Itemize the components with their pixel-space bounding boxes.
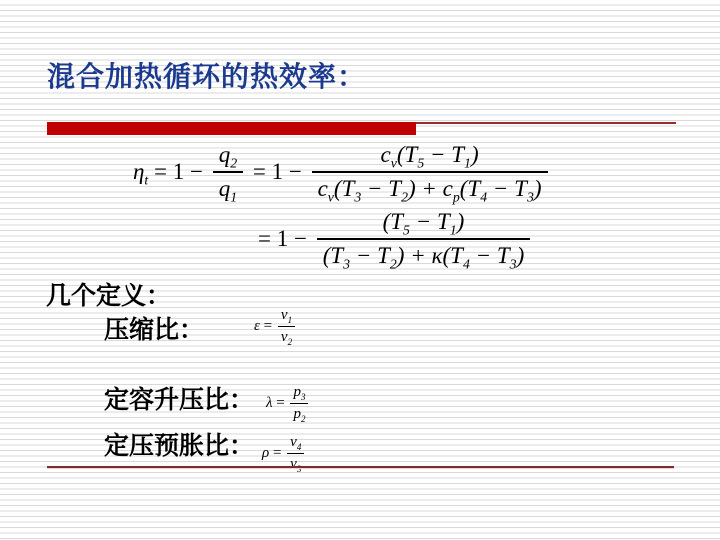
- equals-op: =: [273, 395, 289, 412]
- equals-op: =: [269, 445, 285, 462]
- efficiency-formula-line2: = 1 − (T5 − T1) (T3 − T2) + κ(T4 − T3): [258, 202, 534, 276]
- fraction-denominator: v2: [278, 326, 295, 346]
- rho-symbol: ρ: [262, 445, 269, 462]
- fraction-numerator: p3: [290, 384, 308, 403]
- presentation-slide: 混合加热循环的热效率： ηt = 1 − q2 q1 = 1 − cv(T5 −…: [0, 0, 720, 540]
- fraction-numerator: v1: [278, 307, 295, 326]
- fraction-denominator: v3: [287, 453, 304, 473]
- fraction-numerator: v4: [287, 434, 304, 453]
- fraction-denominator: p2: [290, 403, 308, 423]
- pressure-rise-ratio-label: 定容升压比：: [104, 380, 254, 416]
- fraction-numerator: (T5 − T1): [377, 209, 471, 238]
- definitions-heading: 几个定义：: [46, 276, 171, 312]
- equals-op: =: [260, 318, 276, 335]
- title-accent-thin-line: [416, 122, 676, 124]
- compression-ratio-label: 压缩比：: [104, 310, 204, 346]
- equals-one-minus-op: = 1 −: [247, 159, 307, 185]
- efficiency-formula-line1: ηt = 1 − q2 q1 = 1 − cv(T5 − T1) cv(T3 −…: [133, 136, 552, 208]
- pressure-fraction: p3 p2: [290, 384, 308, 422]
- eta-symbol: ηt: [133, 159, 148, 185]
- specific-volume-fraction: v1 v2: [278, 307, 295, 345]
- fraction-denominator: (T3 − T2) + κ(T4 − T3): [317, 238, 531, 269]
- equals-one-minus-op: = 1 −: [258, 226, 313, 252]
- compression-ratio-formula: ε = v1 v2: [254, 300, 297, 352]
- slide-title: 混合加热循环的热效率：: [47, 55, 366, 95]
- equals-one-minus-op: = 1 −: [148, 159, 208, 185]
- fraction-denominator: q1: [213, 171, 243, 202]
- pre-expansion-ratio-formula: ρ = v4 v3: [262, 428, 306, 478]
- footer-divider-line: [47, 466, 674, 469]
- title-accent-bar: [47, 122, 416, 135]
- fraction-denominator: cv(T3 − T2) + cp(T4 − T3): [312, 171, 548, 202]
- temperature-ratio-fraction: cv(T5 − T1) cv(T3 − T2) + cp(T4 − T3): [312, 142, 548, 203]
- pre-expansion-ratio-label: 定压预胀比：: [104, 426, 254, 462]
- temperature-ratio-fraction-simplified: (T5 − T1) (T3 − T2) + κ(T4 − T3): [317, 209, 531, 270]
- fraction-numerator: q2: [213, 142, 243, 171]
- fraction-numerator: cv(T5 − T1): [375, 142, 485, 171]
- heat-ratio-fraction: q2 q1: [213, 142, 243, 203]
- pressure-rise-ratio-formula: λ = p3 p2: [266, 378, 310, 428]
